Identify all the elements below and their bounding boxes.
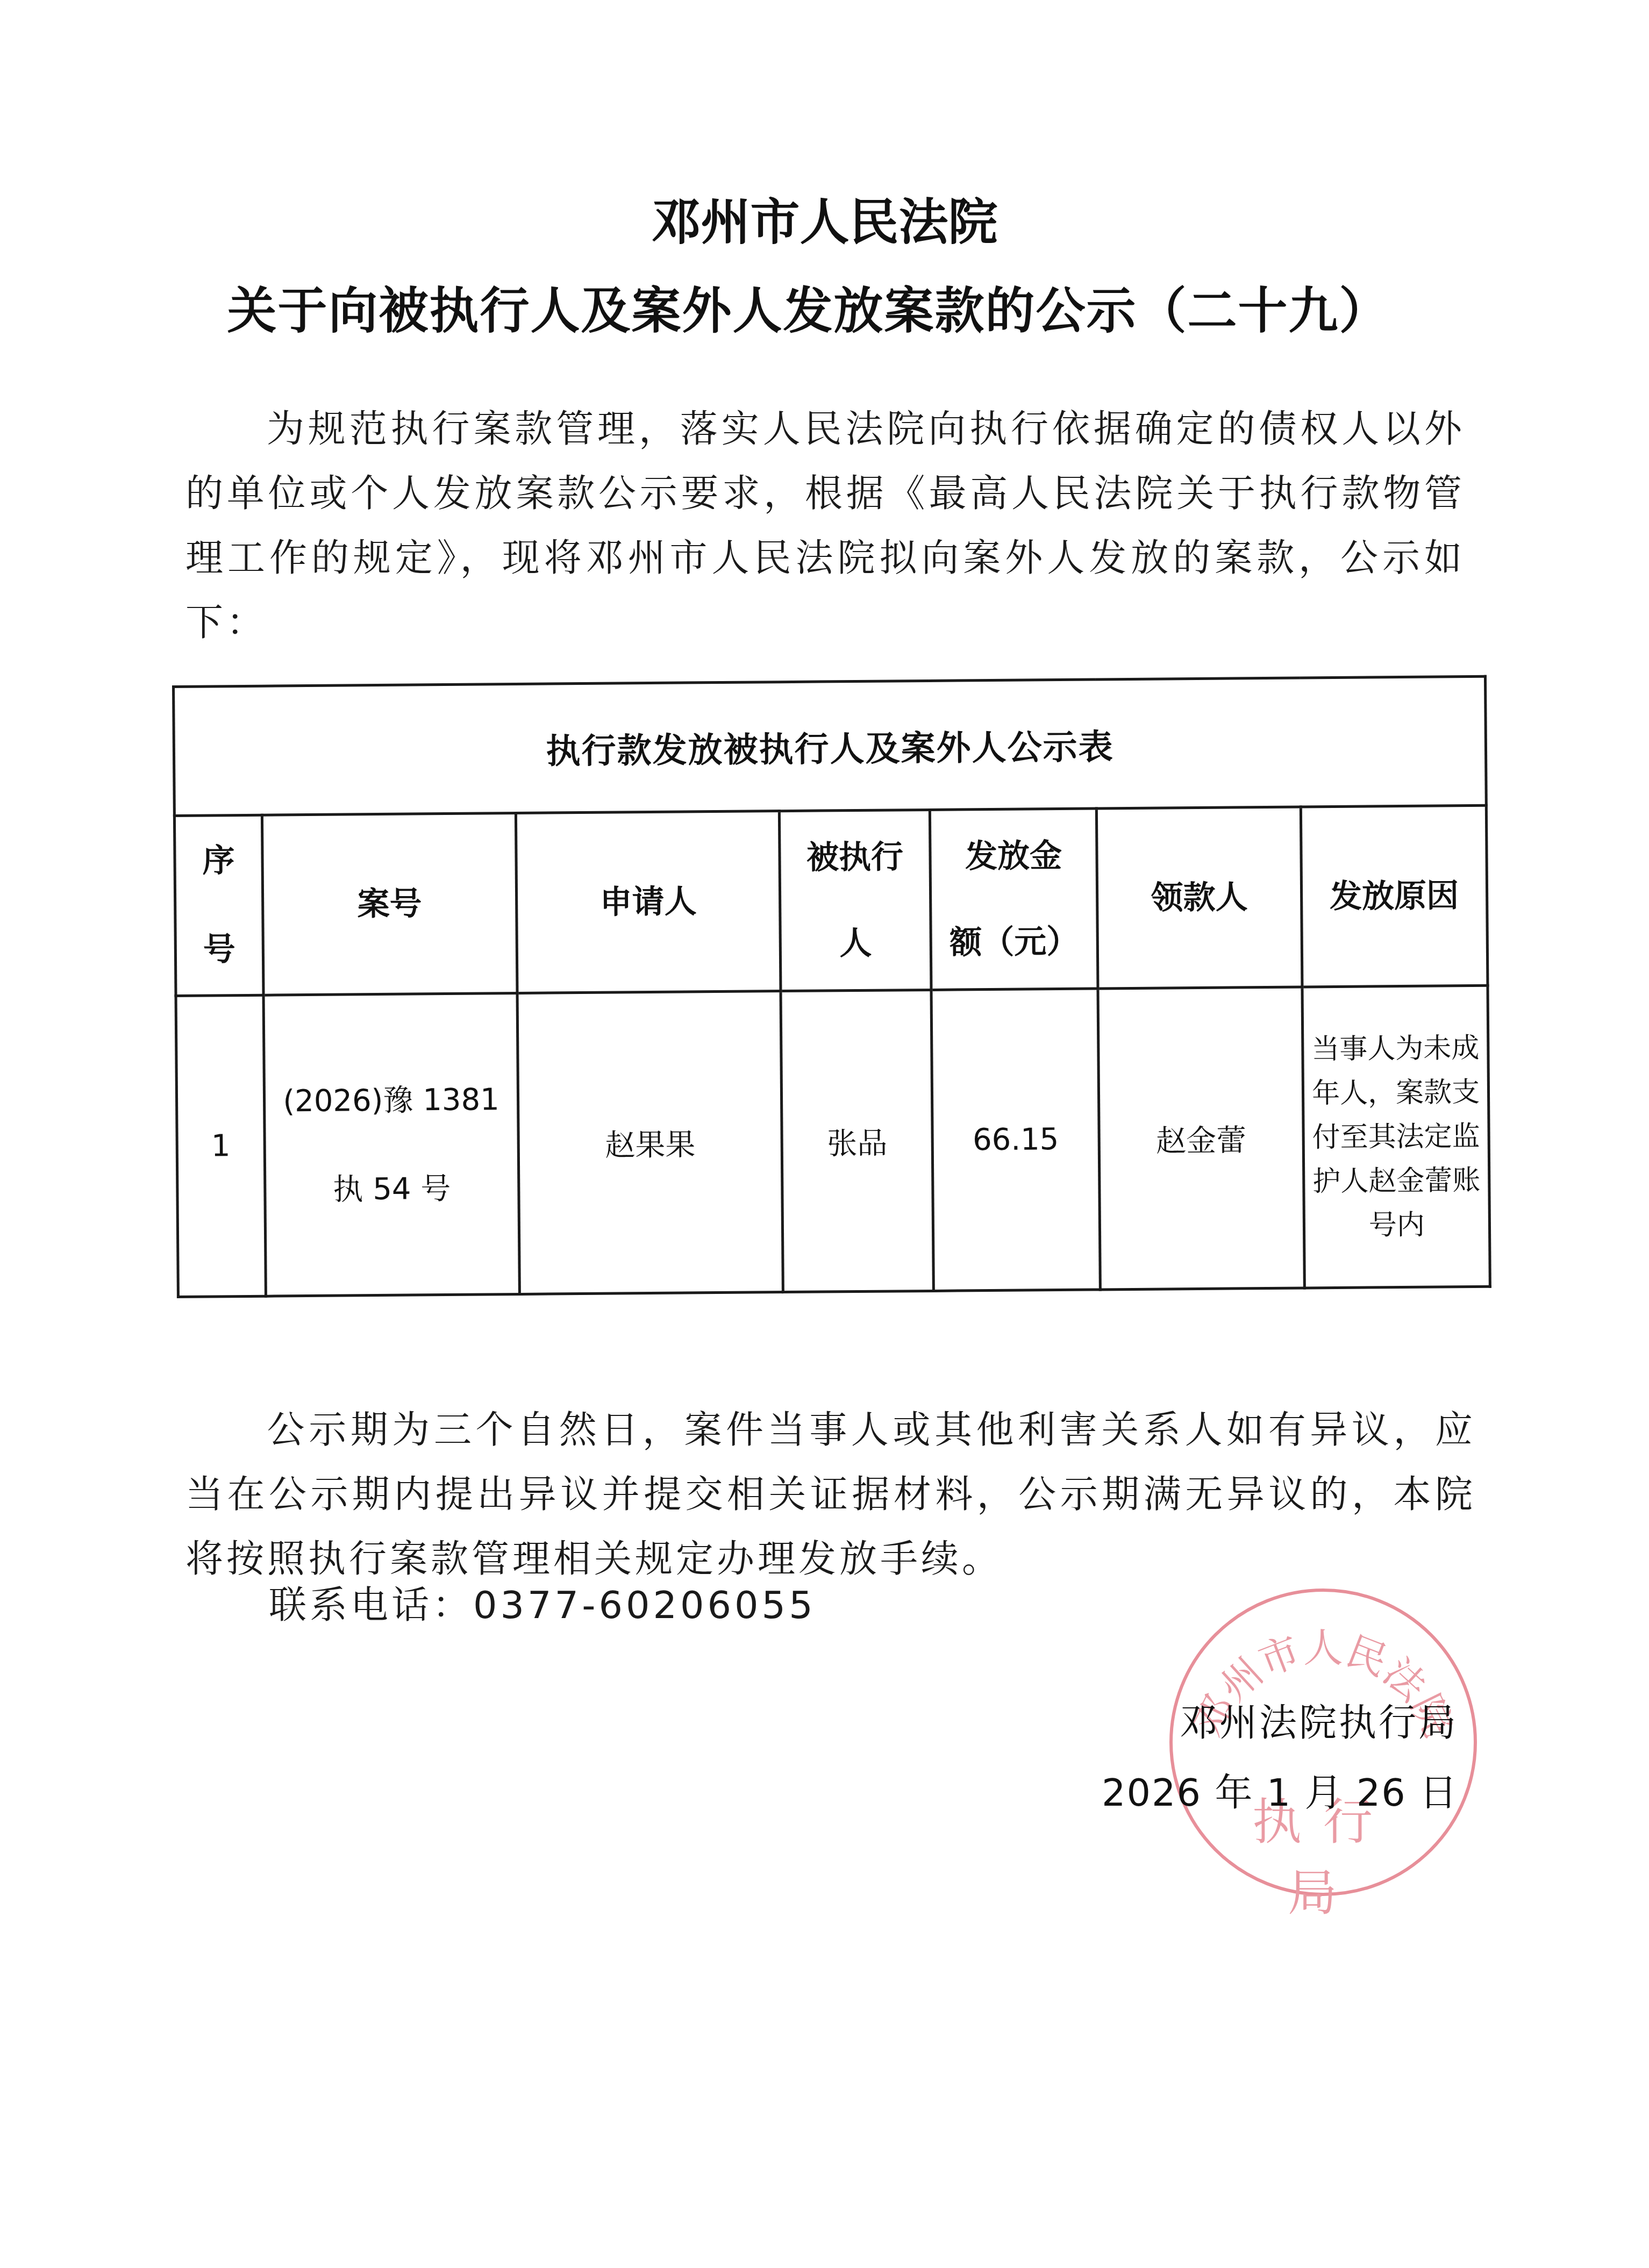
closing-paragraph: 公示期为三个自然日，案件当事人或其他利害关系人如有异议，应当在公示期内提出异议并… [185, 1398, 1476, 1591]
cell-seq: 1 [176, 995, 266, 1297]
header-case-no: 案号 [262, 813, 517, 995]
cell-defendant: 张品 [781, 990, 933, 1292]
cell-applicant: 赵果果 [517, 991, 783, 1294]
header-applicant: 申请人 [516, 811, 781, 993]
notice-table: 执行款发放被执行人及案外人公示表 序 号 案号 申请人 被执行 人 发放金 额（… [172, 675, 1491, 1298]
header-reason: 发放原因 [1301, 805, 1488, 987]
closing-text: 公示期为三个自然日，案件当事人或其他利害关系人如有异议，应当在公示期内提出异议并… [185, 1408, 1476, 1581]
intro-text: 为规范执行案款管理，落实人民法院向执行依据确定的债权人以外的单位或个人发放案款公… [185, 407, 1465, 645]
table-row: 1 (2026)豫 1381 执 54 号 赵果果 张品 66.15 赵金蕾 当… [176, 985, 1490, 1297]
header-seq: 序 号 [174, 815, 263, 996]
cell-payee: 赵金蕾 [1098, 987, 1304, 1290]
cell-case-no: (2026)豫 1381 执 54 号 [263, 993, 519, 1296]
cell-amount: 66.15 [931, 989, 1100, 1291]
table-caption: 执行款发放被执行人及案外人公示表 [174, 676, 1487, 815]
notice-table-container: 执行款发放被执行人及案外人公示表 序 号 案号 申请人 被执行 人 发放金 额（… [172, 675, 1489, 1298]
issue-date: 2026 年 1 月 26 日 [1102, 1758, 1458, 1828]
header-payee: 领款人 [1096, 807, 1302, 989]
header-amount: 发放金 额（元） [930, 809, 1098, 990]
signature-block: 邓州法院执行局 2026 年 1 月 26 日 [1102, 1688, 1458, 1828]
header-defendant: 被执行 人 [779, 810, 931, 991]
contact-phone: 联系电话：0377-60206055 [269, 1575, 816, 1629]
table-header-row: 序 号 案号 申请人 被执行 人 发放金 额（元） 领款人 发放原因 [174, 805, 1488, 996]
document-title-notice: 关于向被执行人及案外人发放案款的公示（二十九） [0, 271, 1633, 342]
intro-paragraph: 为规范执行案款管理，落实人民法院向执行依据确定的债权人以外的单位或个人发放案款公… [185, 397, 1465, 655]
cell-reason: 当事人为未成年人，案款支付至其法定监护人赵金蕾账号内 [1302, 985, 1490, 1288]
issuer-name: 邓州法院执行局 [1102, 1688, 1458, 1758]
document-title-court: 邓州市人民法院 [0, 183, 1649, 254]
